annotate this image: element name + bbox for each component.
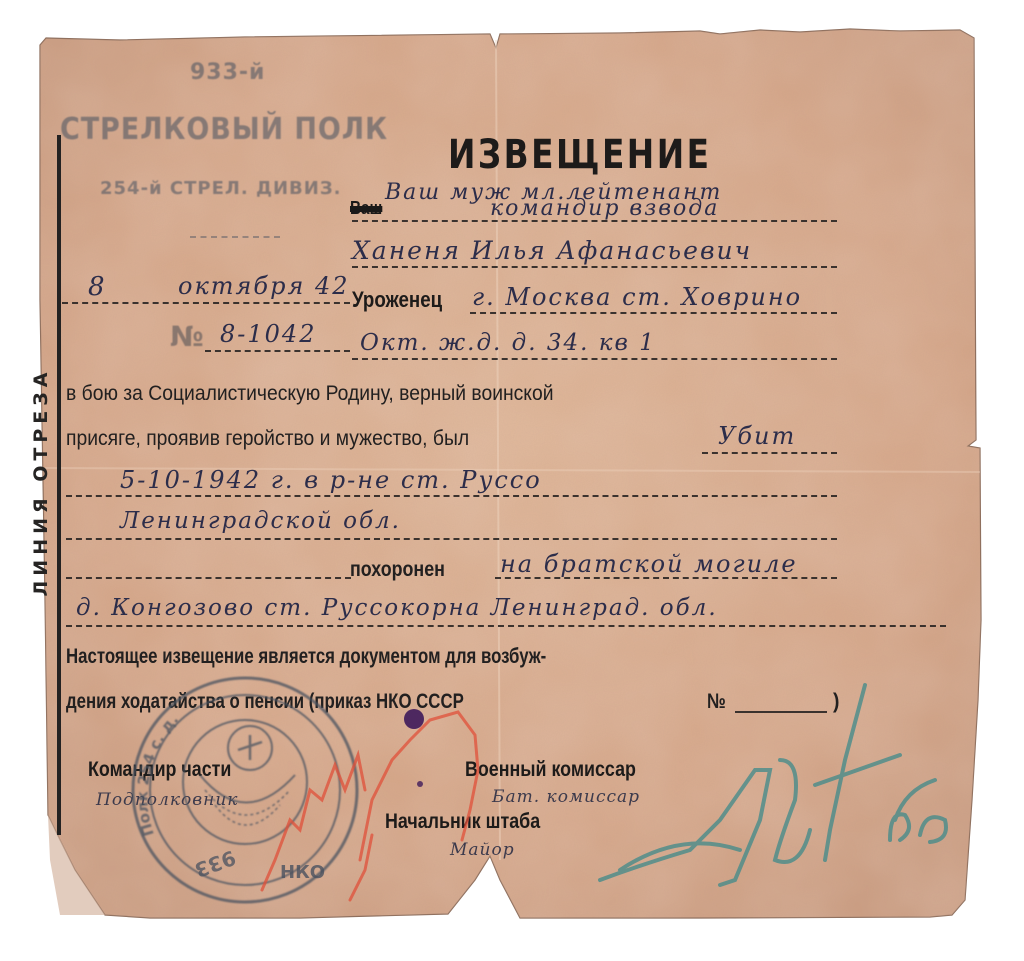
teal-signature — [600, 685, 946, 885]
round-stamp-nko: НКО — [280, 862, 325, 883]
round-stamp-number: 933 — [191, 845, 238, 882]
stamps-and-signatures: Полк 254 с. д. 933 НКО — [0, 0, 1024, 961]
ink-dot — [417, 781, 423, 787]
svg-text:Полк 254 с. д.: Полк 254 с. д. — [133, 710, 182, 838]
ink-blot — [404, 709, 424, 729]
round-stamp-text: Полк 254 с. д. — [133, 710, 182, 838]
